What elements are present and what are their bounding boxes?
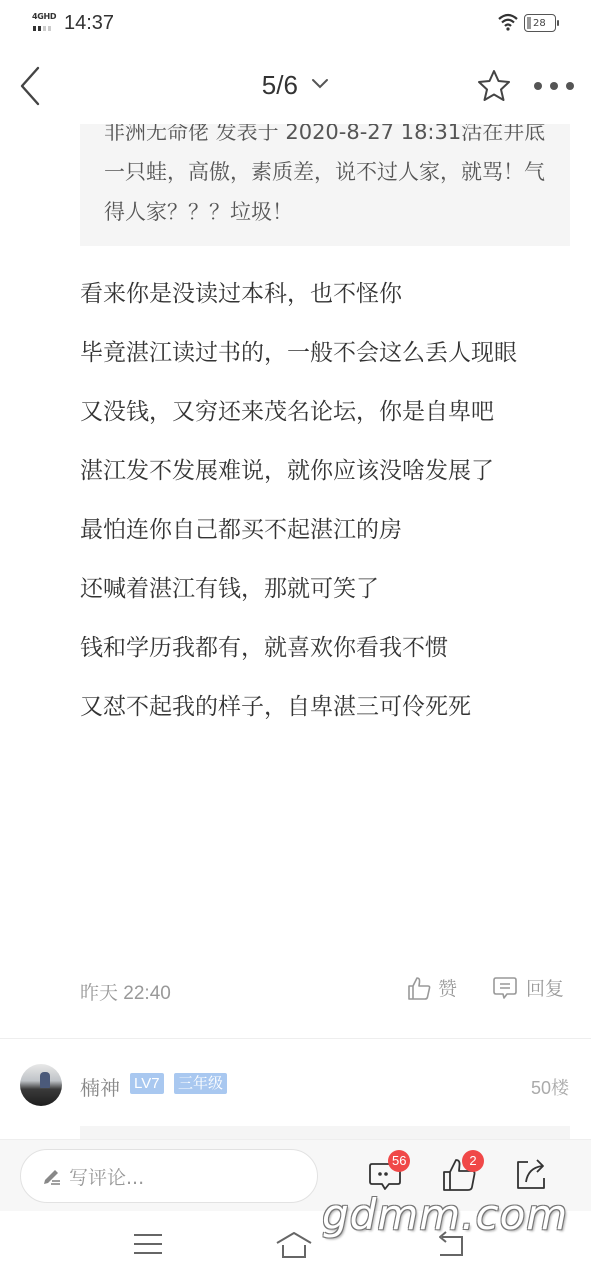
battery-level: 28	[533, 18, 546, 29]
post-timestamp: 昨天 22:40	[80, 978, 171, 1005]
likes-button[interactable]: 2	[440, 1154, 480, 1194]
next-post: 楠神 LV7 三年级 50楼	[0, 1040, 591, 1140]
quoted-reply: 非洲无命佬 发表于 2020-8-27 18:31活在井底一只蛙，高傲，素质差，…	[80, 108, 570, 246]
post-line: 又怼不起我的样子，自卑湛三可伶死死	[80, 685, 550, 729]
cellular-signal-icon: 4GHD	[32, 12, 58, 34]
avatar[interactable]	[20, 1064, 62, 1106]
battery-icon: 28	[524, 14, 556, 32]
network-type: 4GHD	[32, 12, 56, 21]
like-button[interactable]: 赞	[406, 974, 457, 1001]
post-line: 湛江发不发展难说，就你应该没啥发展了	[80, 449, 550, 493]
post-body: 看来你是没读过本科，也不怪你 毕竟湛江读过书的，一般不会这么丢人现眼 又没钱，又…	[80, 272, 550, 744]
reply-button[interactable]: 回复	[492, 974, 564, 1001]
pencil-icon	[41, 1165, 63, 1187]
more-dots-icon[interactable]	[534, 82, 574, 90]
menu-icon[interactable]	[128, 1227, 168, 1261]
like-count-badge: 2	[462, 1150, 484, 1172]
chevron-down-icon	[311, 78, 329, 90]
post-line: 钱和学历我都有，就喜欢你看我不惯	[80, 626, 550, 670]
comment-input[interactable]: 写评论...	[20, 1149, 318, 1203]
post-footer: 昨天 22:40 赞 回复	[80, 970, 570, 1010]
quoted-text: 非洲无命佬 发表于 2020-8-27 18:31活在井底一只蛙，高傲，素质差，…	[104, 112, 546, 232]
username[interactable]: 楠神	[80, 1072, 120, 1101]
share-icon	[512, 1154, 552, 1194]
quoted-reply	[80, 1126, 570, 1140]
top-nav-bar: 5/6	[0, 48, 591, 124]
level-badge: LV7	[130, 1073, 164, 1094]
status-time: 14:37	[64, 12, 114, 35]
page-indicator: 5/6	[262, 70, 298, 100]
wifi-icon	[498, 13, 518, 31]
comment-count-badge: 56	[388, 1150, 410, 1172]
post-line: 毕竟湛江读过书的，一般不会这么丢人现眼	[80, 331, 550, 375]
comment-icon	[492, 975, 518, 1001]
post-line: 最怕连你自己都买不起湛江的房	[80, 508, 550, 552]
grade-badge: 三年级	[174, 1073, 227, 1094]
comment-placeholder: 写评论...	[69, 1163, 144, 1190]
thumbs-up-icon	[406, 975, 432, 1001]
post-line: 看来你是没读过本科，也不怪你	[80, 272, 550, 316]
like-label: 赞	[438, 974, 457, 1001]
post-line: 又没钱，又穷还来茂名论坛，你是自卑吧	[80, 390, 550, 434]
floor-number: 50楼	[531, 1074, 569, 1100]
star-icon[interactable]	[475, 68, 513, 104]
share-button[interactable]	[512, 1154, 552, 1194]
status-bar: 4GHD 14:37 28	[0, 0, 591, 48]
divider	[0, 1038, 591, 1039]
comments-button[interactable]: 56	[366, 1154, 406, 1194]
watermark: gdmm.com	[322, 1190, 568, 1239]
post-line: 还喊着湛江有钱，那就可笑了	[80, 567, 550, 611]
home-icon[interactable]	[274, 1227, 314, 1261]
reply-label: 回复	[526, 974, 564, 1001]
